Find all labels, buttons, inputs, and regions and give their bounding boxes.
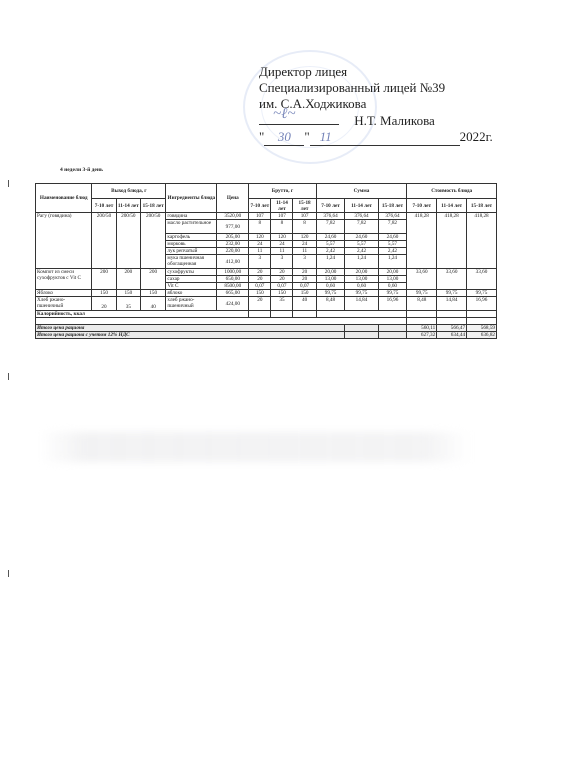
dish-name: Рагу (говядина) [36,213,92,269]
header-price: Цена [217,184,249,213]
ingredient-sum: 20,00 [345,269,378,276]
ingredient-gross: 8 [271,220,293,234]
blank-cell [467,318,497,325]
ingredient-sum: 7,82 [316,220,345,234]
header-age-group: 7-10 лет [316,199,345,213]
blank-row [36,318,497,325]
total-label: Итого цена рациона [36,325,345,332]
ingredient-gross: 3 [249,255,271,269]
header-age-group: 15-18 лет [467,199,497,213]
ingredient-gross: 150 [293,290,316,297]
dish-output: 40 [140,297,165,311]
dish-output: 35 [116,297,140,311]
total-blank [378,325,407,332]
date-day: 30 [264,129,304,146]
dish-cost: 418,28 [437,213,467,269]
ingredient-gross: 3 [271,255,293,269]
ingredient-price: 205,00 [217,234,249,241]
ingredient-sum: 0,60 [316,283,345,290]
dish-cost: 99,75 [407,290,437,297]
header-sum: Сумма [316,184,407,199]
calories-value [437,311,467,318]
total-value: 634,44 [437,332,467,339]
ingredient-sum: 5,57 [345,241,378,248]
total-label: Итого цена рациона с учетом 12% НДС [36,332,345,339]
header-age-group: 11-14 лет [437,199,467,213]
ingredient-gross: 107 [249,213,271,220]
date-year: 2022г. [460,129,493,144]
total-value: 566,47 [437,325,467,332]
header-age-group: 7-10 лет [92,199,116,213]
ingredient-price: 1000,00 [217,269,249,276]
approval-date: "30"112022г. [259,129,493,146]
ingredient-gross: 35 [271,297,293,311]
total-value: 627,32 [407,332,437,339]
header-age-group: 15-18 лет [293,199,316,213]
total-blank [345,325,378,332]
dish-cost: 418,28 [467,213,497,269]
ingredient-price: 665,00 [217,290,249,297]
ingredient-sum: 7,82 [345,220,378,234]
table-row: Компот из смеси сухофруктов с Vit C20020… [36,269,497,276]
ingredient-gross: 8 [293,220,316,234]
ingredient-sum: 99,75 [378,290,407,297]
total-value: 560,11 [407,325,437,332]
table-row: Яблоко150150150яблоко665,0015015015099,7… [36,290,497,297]
ingredient-gross: 120 [271,234,293,241]
ingredient-name: мука пшеничная обогащенная [166,255,217,269]
ingredient-price: 232,00 [217,241,249,248]
ingredient-sum: 7,82 [378,220,407,234]
dish-output: 200 [140,269,165,290]
ingredient-sum: 5,57 [316,241,345,248]
ingredient-price: 424,00 [217,297,249,311]
total-row-vat: Итого цена рациона с учетом 12% НДС627,3… [36,332,497,339]
header-gross: Брутто, г [249,184,316,199]
ingredient-gross: 11 [249,248,271,255]
dish-cost: 14,84 [437,297,467,311]
ingredient-sum: 13,00 [378,276,407,283]
signature-scribble-icon: ~ℓ~ [273,106,295,122]
approval-signature-line: ~ℓ~ Н.Т. Маликова [259,112,493,129]
ingredient-gross: 24 [293,241,316,248]
dish-cost: 33,60 [437,269,467,290]
total-row-plain: Итого цена рациона560,11566,47568,59 [36,325,497,332]
ingredient-sum: 2,42 [345,248,378,255]
menu-cost-table: Наименование блюд Выход блюда, г Ингреди… [35,183,497,339]
ingredient-gross: 150 [249,290,271,297]
header-dish-name: Наименование блюд [36,184,92,213]
ingredient-gross: 20 [249,276,271,283]
ingredient-sum: 99,75 [345,290,378,297]
table-row: Рагу (говядина)200/50200/50200/50говядин… [36,213,497,220]
total-value: 636,82 [467,332,497,339]
ingredient-price: 650,00 [217,276,249,283]
blank-cell [407,318,437,325]
ingredient-sum: 2,42 [378,248,407,255]
dish-cost: 99,75 [437,290,467,297]
dish-output: 150 [140,290,165,297]
ingredient-sum: 1,24 [316,255,345,269]
margin-mark [8,570,9,577]
ingredient-gross: 0,07 [271,283,293,290]
ingredient-sum: 1,24 [378,255,407,269]
margin-mark [8,373,9,380]
ingredient-sum: 0,60 [345,283,378,290]
ingredient-gross: 150 [271,290,293,297]
dish-cost: 418,28 [407,213,437,269]
ingredient-gross: 20 [293,269,316,276]
ingredient-gross: 40 [293,297,316,311]
dish-output: 200/50 [116,213,140,269]
dish-output: 200/50 [92,213,116,269]
ingredient-sum: 376,64 [316,213,345,220]
ingredient-sum: 24,60 [345,234,378,241]
ingredient-gross: 120 [293,234,316,241]
table-row: Хлеб ржано-пшеничный203540хлеб ржано-пше… [36,297,497,311]
ingredient-gross: 11 [293,248,316,255]
ingredient-gross: 0,07 [293,283,316,290]
scan-artifact [40,432,470,462]
ingredient-name: Vit C [166,283,217,290]
ingredient-name: лук репчатый [166,248,217,255]
ingredient-sum: 99,75 [316,290,345,297]
ingredient-name: морковь [166,241,217,248]
ingredient-gross: 20 [249,297,271,311]
ingredient-price: 8500,00 [217,283,249,290]
ingredient-name: масло растительное [166,220,217,234]
header-age-group: 15-18 лет [378,199,407,213]
ingredient-sum: 8,48 [316,297,345,311]
dish-cost: 33,60 [407,269,437,290]
dish-cost: 8,48 [407,297,437,311]
ingredient-sum: 13,00 [345,276,378,283]
ingredient-gross: 8 [249,220,271,234]
header-age-group: 7-10 лет [249,199,271,213]
ingredient-sum: 1,24 [345,255,378,269]
ingredient-sum: 376,64 [345,213,378,220]
header-age-group: 11-14 лет [345,199,378,213]
dish-name: Хлеб ржано-пшеничный [36,297,92,311]
ingredient-gross: 0,07 [249,283,271,290]
ingredient-gross: 11 [271,248,293,255]
header-age-group: 11-14 лет [116,199,140,213]
margin-mark [8,180,9,187]
ingredient-sum: 20,00 [378,269,407,276]
ingredient-price: 977,00 [217,220,249,234]
ingredient-sum: 376,64 [378,213,407,220]
ingredient-name: хлеб ржано-пшеничный [166,297,217,311]
ingredient-name: картофель [166,234,217,241]
ingredient-gross: 107 [271,213,293,220]
ingredient-sum: 24,60 [378,234,407,241]
header-age-group: 11-14 лет [271,199,293,213]
approval-title: Директор лицея [259,64,493,80]
ingredient-name: яблоко [166,290,217,297]
dish-output: 200 [116,269,140,290]
ingredient-name: говядина [166,213,217,220]
dish-name: Яблоко [36,290,92,297]
ingredient-gross: 120 [249,234,271,241]
total-blank [345,332,378,339]
calories-blank [316,311,407,318]
dish-cost: 33,60 [467,269,497,290]
ingredient-sum: 14,84 [345,297,378,311]
ingredient-price: 220,00 [217,248,249,255]
ingredient-price: 3520,00 [217,213,249,220]
ingredient-price: 412,00 [217,255,249,269]
ingredient-sum: 2,42 [316,248,345,255]
dish-cost: 99,75 [467,290,497,297]
blank-cell [36,318,407,325]
calories-label: Калорийность, ккал [36,311,249,318]
total-value: 568,59 [467,325,497,332]
calories-value [249,311,271,318]
dish-output: 150 [116,290,140,297]
ingredient-gross: 20 [293,276,316,283]
ingredient-name: сахар [166,276,217,283]
ingredient-gross: 20 [271,276,293,283]
signature: ~ℓ~ [259,112,339,125]
dish-output: 150 [92,290,116,297]
approval-school: Специализированный лицей №39 [259,80,493,96]
dish-name: Компот из смеси сухофруктов с Vit C [36,269,92,290]
ingredient-gross: 24 [249,241,271,248]
approval-block: Директор лицея Специализированный лицей … [259,64,493,146]
ingredient-sum: 0,60 [378,283,407,290]
header-age-group: 7-10 лет [407,199,437,213]
ingredient-gross: 3 [293,255,316,269]
dish-output: 20 [92,297,116,311]
blank-cell [437,318,467,325]
ingredient-name: сухофрукты [166,269,217,276]
calories-value [293,311,316,318]
ingredient-sum: 24,60 [316,234,345,241]
header-output: Выход блюда, г [92,184,166,199]
header-ingredients: Ингредиенты блюда [166,184,217,213]
ingredient-gross: 107 [293,213,316,220]
dish-output: 200/50 [140,213,165,269]
header-dish-cost: Стоимость блюда [407,184,497,199]
ingredient-gross: 20 [249,269,271,276]
calories-value [467,311,497,318]
ingredient-sum: 13,00 [316,276,345,283]
header-age-group: 15-18 лет [140,199,165,213]
signatory-name: Н.Т. Маликова [354,113,435,128]
dish-output: 200 [92,269,116,290]
total-blank [378,332,407,339]
ingredient-gross: 20 [271,269,293,276]
ingredient-sum: 16,96 [378,297,407,311]
dish-cost: 16,96 [467,297,497,311]
calories-row: Калорийность, ккал [36,311,497,318]
week-title: 4 недели 3-й день [60,167,103,173]
calories-value [271,311,293,318]
date-month: 11 [310,129,460,146]
calories-value [407,311,437,318]
ingredient-sum: 20,00 [316,269,345,276]
ingredient-sum: 5,57 [378,241,407,248]
ingredient-gross: 24 [271,241,293,248]
